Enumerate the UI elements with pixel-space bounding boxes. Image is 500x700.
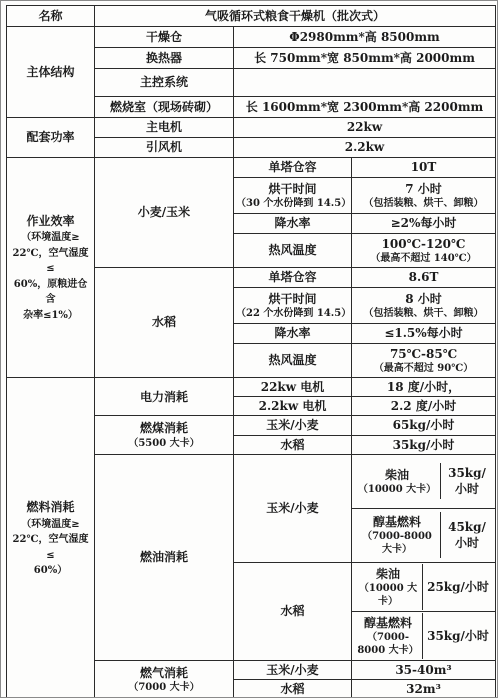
power-section-label: 配套功率 xyxy=(7,118,95,158)
power-value: 2.2kw xyxy=(234,138,496,158)
crop-label-rice: 水稻 xyxy=(95,268,234,378)
metric-value: ≥2%每小时 xyxy=(352,214,496,234)
electricity-item: 2.2kw 电机 xyxy=(234,397,352,416)
electricity-item: 22kw 电机 xyxy=(234,378,352,397)
metric-item: 降水率 xyxy=(234,324,352,344)
structure-value xyxy=(234,69,496,97)
metric-value-line: 8 小时 xyxy=(354,291,493,307)
electricity-value: 18 度/小时， xyxy=(352,378,496,397)
efficiency-label-line: 22℃，空气湿度≤ xyxy=(9,246,92,277)
efficiency-section-label: 作业效率 （环境温度≥ 22℃，空气湿度≤ 60%，原粮进仓含 杂率≤1%） xyxy=(7,158,95,378)
oil-label: 燃油消耗 xyxy=(95,454,234,660)
gas-value: 32m³ xyxy=(352,680,496,698)
metric-value: 100℃-120℃ （最高不超过 140℃） xyxy=(352,234,496,268)
structure-value: Φ2980mm*高 8500mm xyxy=(234,27,496,48)
metric-item: 单塔仓容 xyxy=(234,268,352,288)
metric-value: 8 小时 （包括装粮、烘干、卸粮） xyxy=(352,288,496,324)
oil-fuel-cell: 醇基燃料 （7000-8000 大卡） 45kg/小时 xyxy=(352,508,496,562)
structure-value: 长 750mm*宽 850mm*高 2000mm xyxy=(234,48,496,69)
oil-fuel-name: 醇基燃料 （7000-8000 大卡） xyxy=(354,512,440,558)
fuel-label-line: 燃料消耗 xyxy=(9,498,92,517)
oil-fuel-type: 柴油 xyxy=(357,467,437,483)
metric-item-line: 烘干时间 xyxy=(236,291,349,307)
metric-value: 8.6T xyxy=(352,268,496,288)
oil-fuel-split: 醇基燃料 （7000-8000 大卡） 35kg/小时 xyxy=(354,613,493,659)
oil-crop-rice: 水稻 xyxy=(234,562,352,660)
metric-item: 烘干时间 （30 个水份降到 14.5） xyxy=(234,178,352,214)
structure-item: 换热器 xyxy=(95,48,234,69)
gas-value: 35-40m³ xyxy=(352,661,496,680)
electricity-value: 2.2 度/小时 xyxy=(352,397,496,416)
metric-item-note: （22 个水份降到 14.5） xyxy=(236,307,349,320)
efficiency-label-line: 60%，原粮进仓含 xyxy=(9,277,92,308)
metric-value-line: 75℃-85℃ xyxy=(354,346,493,362)
electricity-label: 电力消耗 xyxy=(95,378,234,416)
structure-item: 主控系统 xyxy=(95,69,234,97)
name-label: 名称 xyxy=(7,6,95,27)
oil-fuel-name: 柴油 （10000 大卡） xyxy=(354,564,422,610)
oil-fuel-type: 柴油 xyxy=(357,566,419,582)
metric-value: ≤1.5%每小时 xyxy=(352,324,496,344)
oil-fuel-cell: 柴油 （10000 大卡） 25kg/小时 xyxy=(352,562,496,611)
oil-fuel-note: （10000 大卡） xyxy=(357,582,419,608)
table-row: 主体结构 干燥仓 Φ2980mm*高 8500mm xyxy=(7,27,496,48)
oil-fuel-type: 醇基燃料 xyxy=(357,615,419,631)
efficiency-label-line: 作业效率 xyxy=(9,212,92,231)
oil-crop-wheat-corn: 玉米/小麦 xyxy=(234,454,352,562)
coal-item: 水稻 xyxy=(234,435,352,454)
coal-label: 燃煤消耗 （5500 大卡） xyxy=(95,416,234,454)
oil-fuel-name: 柴油 （10000 大卡） xyxy=(354,463,440,499)
dryer-spec-table: 名称 气吸循环式粮食干燥机（批次式） 主体结构 干燥仓 Φ2980mm*高 85… xyxy=(6,5,496,698)
coal-label-line: 燃煤消耗 xyxy=(97,420,231,436)
metric-item: 降水率 xyxy=(234,214,352,234)
oil-fuel-cell: 柴油 （10000 大卡） 35kg/小时 xyxy=(352,454,496,508)
fuel-label-line: 22℃，空气湿度≤ xyxy=(9,532,92,563)
oil-fuel-note: （7000-8000 大卡） xyxy=(357,530,437,556)
oil-fuel-split: 柴油 （10000 大卡） 25kg/小时 xyxy=(354,564,493,610)
table-row: 配套功率 主电机 22kw xyxy=(7,118,496,138)
metric-value: 75℃-85℃ （最高不超过 90℃） xyxy=(352,344,496,378)
gas-label-line: 燃气消耗 xyxy=(97,665,231,681)
oil-fuel-type: 醇基燃料 xyxy=(357,514,437,530)
gas-label: 燃气消耗 （7000 大卡） xyxy=(95,661,234,698)
coal-value: 35kg/小时 xyxy=(352,435,496,454)
power-item: 主电机 xyxy=(95,118,234,138)
metric-item-line: 烘干时间 xyxy=(236,181,349,197)
crop-label-wheat-corn: 小麦/玉米 xyxy=(95,158,234,268)
power-item: 引风机 xyxy=(95,138,234,158)
efficiency-label-line: （环境温度≥ xyxy=(9,230,92,246)
metric-item: 热风温度 xyxy=(234,234,352,268)
oil-fuel-name: 醇基燃料 （7000-8000 大卡） xyxy=(354,613,422,659)
oil-fuel-note: （7000-8000 大卡） xyxy=(357,631,419,657)
power-value: 22kw xyxy=(234,118,496,138)
coal-value: 65kg/小时 xyxy=(352,416,496,435)
oil-fuel-split: 醇基燃料 （7000-8000 大卡） 45kg/小时 xyxy=(354,512,493,558)
coal-item: 玉米/小麦 xyxy=(234,416,352,435)
metric-value-line: 7 小时 xyxy=(354,181,493,197)
structure-section-label: 主体结构 xyxy=(7,27,95,118)
metric-item: 烘干时间 （22 个水份降到 14.5） xyxy=(234,288,352,324)
fuel-section-label: 燃料消耗 （环境温度≥ 22℃，空气湿度≤ 60%） xyxy=(7,378,95,699)
oil-fuel-cell: 醇基燃料 （7000-8000 大卡） 35kg/小时 xyxy=(352,611,496,660)
oil-fuel-note: （10000 大卡） xyxy=(357,483,437,496)
metric-item: 单塔仓容 xyxy=(234,158,352,178)
gas-item: 玉米/小麦 xyxy=(234,661,352,680)
oil-fuel-rate: 35kg/小时 xyxy=(440,463,493,499)
efficiency-label-line: 杂率≤1%） xyxy=(9,308,92,324)
fuel-label-line: 60%） xyxy=(9,563,92,579)
metric-item-note: （30 个水份降到 14.5） xyxy=(236,197,349,210)
metric-value-note: （最高不超过 90℃） xyxy=(354,362,493,375)
metric-item: 热风温度 xyxy=(234,344,352,378)
fuel-label-line: （环境温度≥ xyxy=(9,517,92,533)
oil-fuel-rate: 45kg/小时 xyxy=(440,512,493,558)
gas-item: 水稻 xyxy=(234,680,352,698)
oil-fuel-rate: 25kg/小时 xyxy=(422,564,493,610)
metric-value-line: 100℃-120℃ xyxy=(354,236,493,252)
table-row: 作业效率 （环境温度≥ 22℃，空气湿度≤ 60%，原粮进仓含 杂率≤1%） 小… xyxy=(7,158,496,178)
table-row: 燃料消耗 （环境温度≥ 22℃，空气湿度≤ 60%） 电力消耗 22kw 电机 … xyxy=(7,378,496,397)
table-row: 名称 气吸循环式粮食干燥机（批次式） xyxy=(7,6,496,27)
oil-fuel-rate: 35kg/小时 xyxy=(422,613,493,659)
metric-value-note: （包括装粮、烘干、卸粮） xyxy=(354,307,493,320)
structure-item: 燃烧室（现场砖砌） xyxy=(95,97,234,118)
metric-value: 7 小时 （包括装粮、烘干、卸粮） xyxy=(352,178,496,214)
product-title: 气吸循环式粮食干燥机（批次式） xyxy=(95,6,496,27)
coal-label-note: （5500 大卡） xyxy=(97,437,231,450)
structure-item: 干燥仓 xyxy=(95,27,234,48)
metric-value: 10T xyxy=(352,158,496,178)
gas-label-note: （7000 大卡） xyxy=(97,681,231,694)
metric-value-note: （包括装粮、烘干、卸粮） xyxy=(354,197,493,210)
structure-value: 长 1600mm*宽 2300mm*高 2200mm xyxy=(234,97,496,118)
oil-fuel-split: 柴油 （10000 大卡） 35kg/小时 xyxy=(354,463,493,499)
spec-sheet-page: 名称 气吸循环式粮食干燥机（批次式） 主体结构 干燥仓 Φ2980mm*高 85… xyxy=(0,0,498,698)
metric-value-note: （最高不超过 140℃） xyxy=(354,252,493,265)
